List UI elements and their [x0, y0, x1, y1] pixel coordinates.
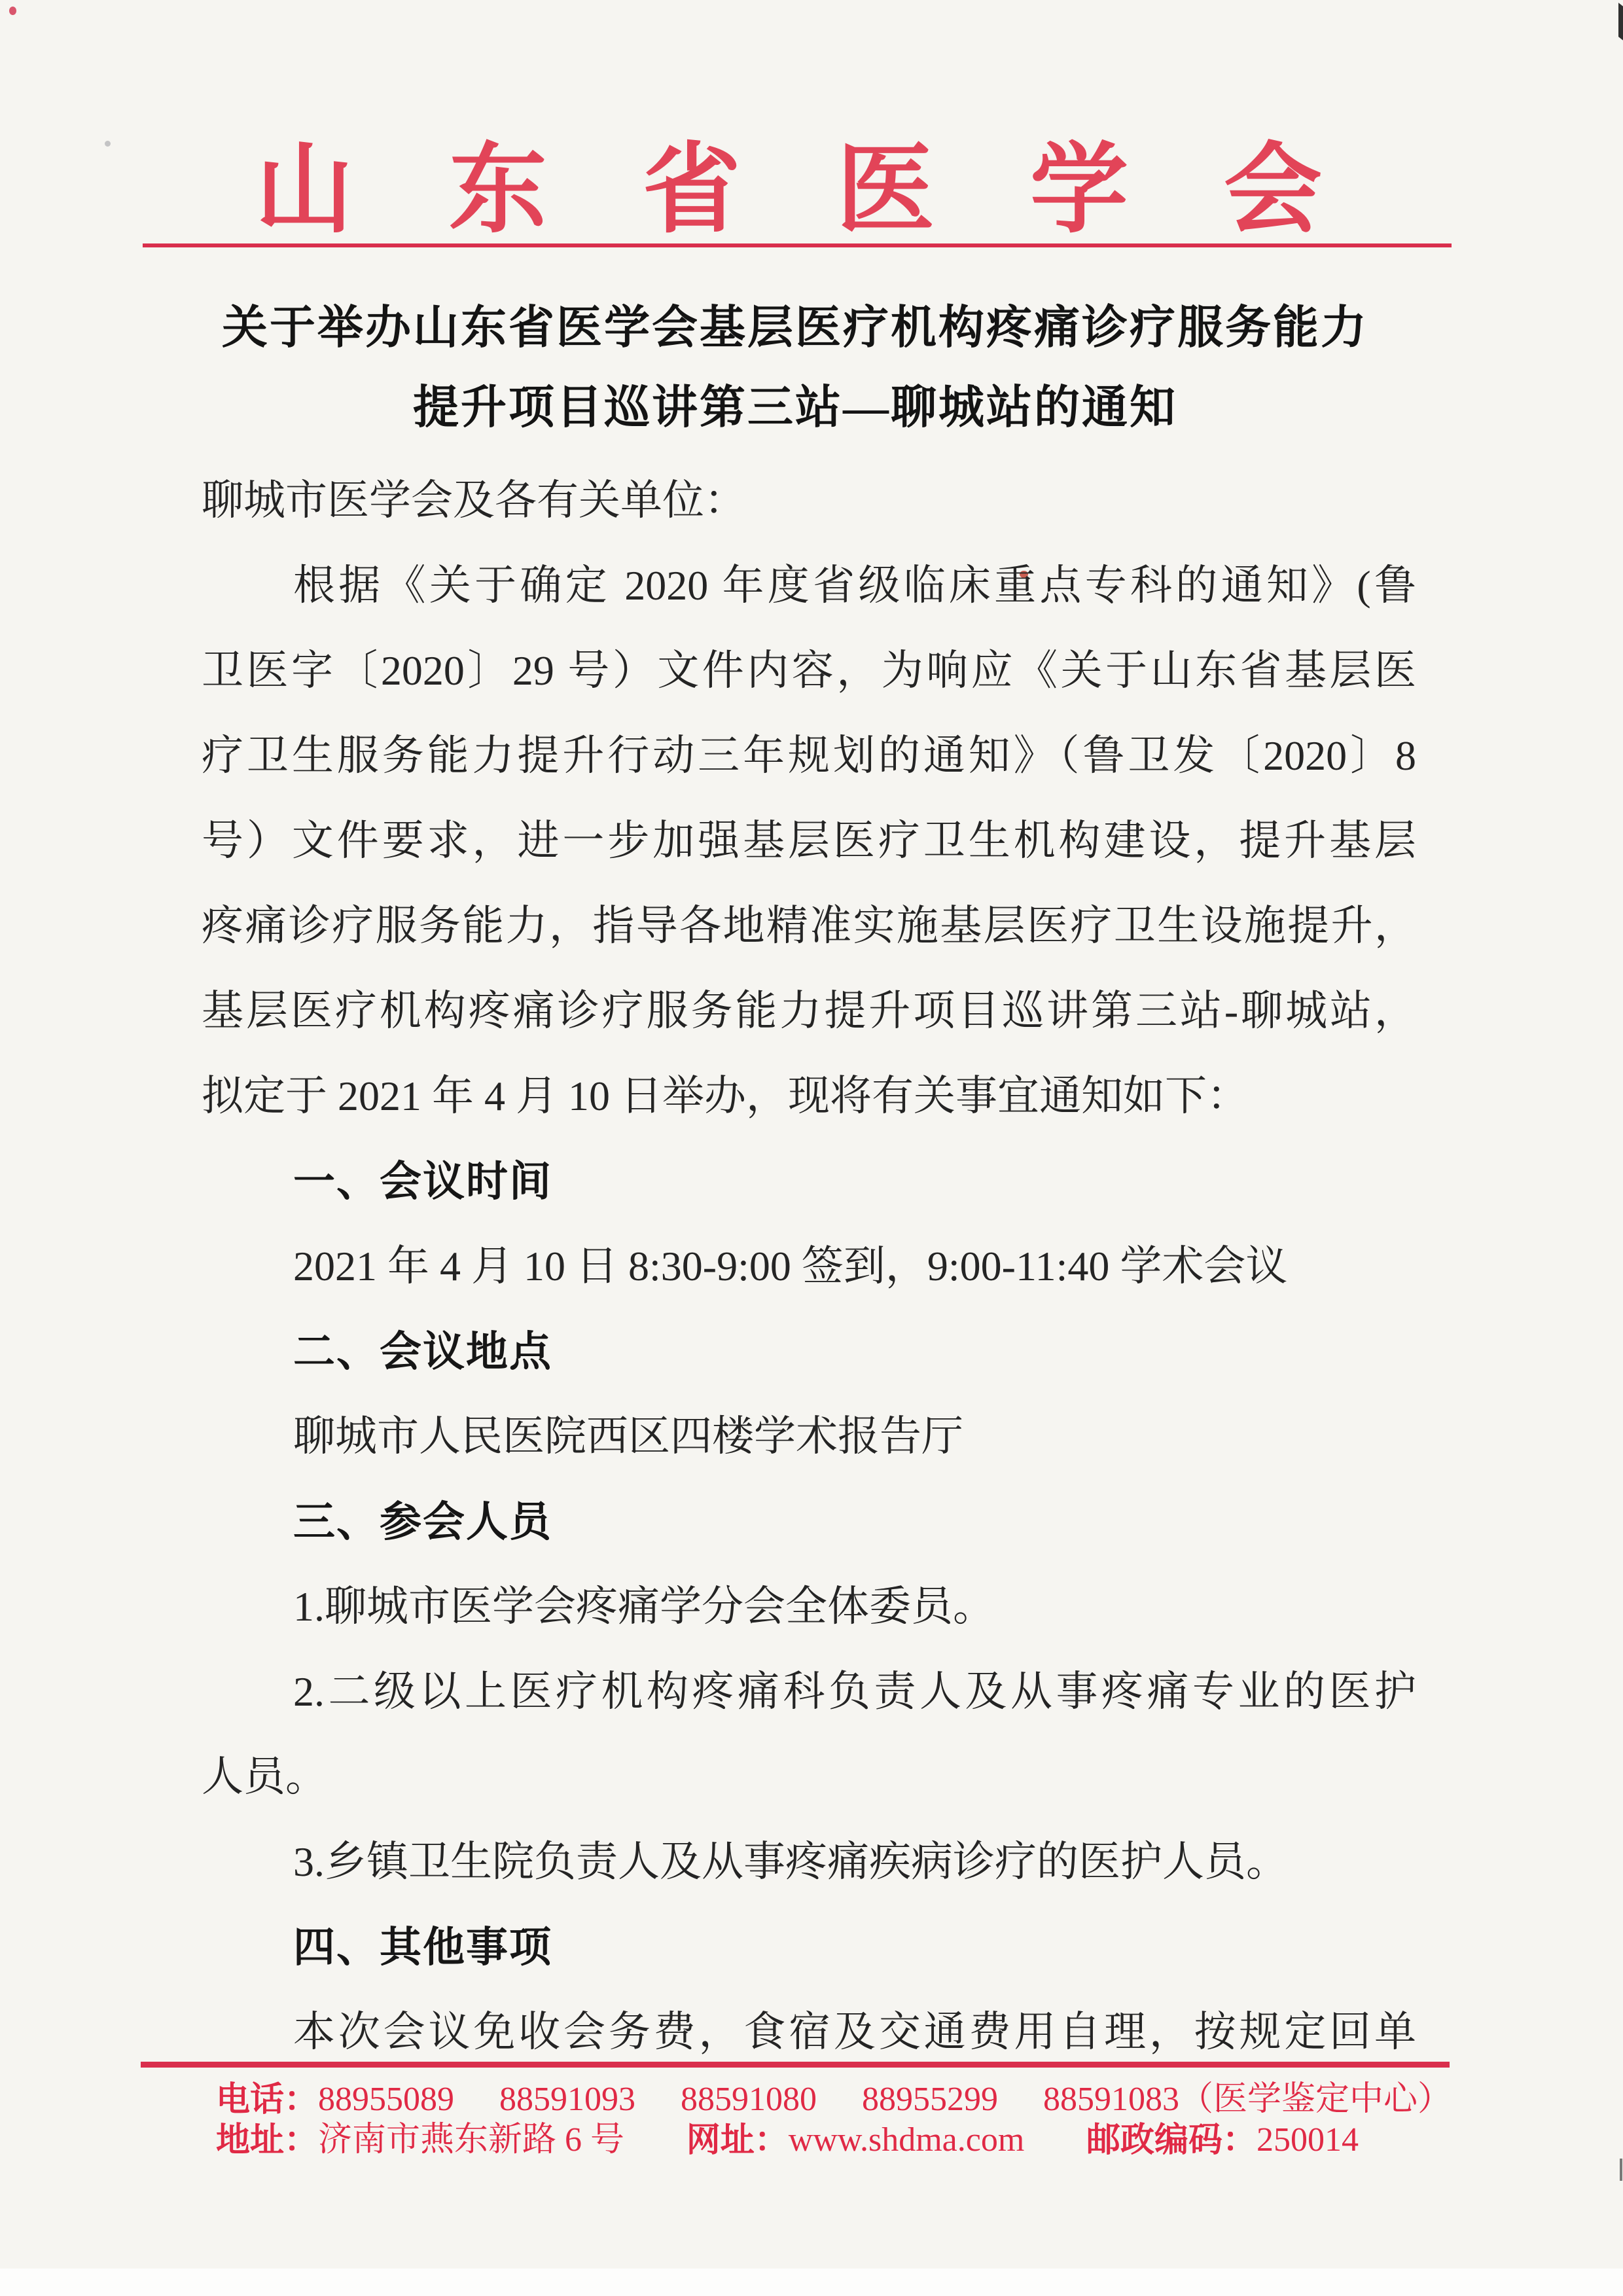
footer-rule: [141, 2062, 1450, 2068]
footer-info-row: 地址： 济南市燕东新路 6 号 网址： www.shdma.com 邮政编码： …: [216, 2121, 1359, 2160]
document-title: 关于举办山东省医学会基层医疗机构疼痛诊疗服务能力 提升项目巡讲第三站—聊城站的通…: [141, 289, 1450, 448]
body-line: 拟定于 2021 年 4 月 10 日举办，现将有关事宜通知如下：: [202, 1054, 1416, 1139]
body-line: 2021 年 4 月 10 日 8:30-9:00 签到，9:00-11:40 …: [202, 1224, 1416, 1309]
body-line: 1.聊城市医学会疼痛学分会全体委员。: [202, 1564, 1416, 1649]
masthead-char: 山: [255, 139, 353, 242]
section-heading: 四、其他事项: [202, 1905, 1416, 1990]
masthead-char: 省: [643, 139, 741, 242]
body-line: 疼痛诊疗服务能力，指导各地精准实施基层医疗卫生设施提升，: [202, 884, 1416, 969]
footer-postcode: 250014: [1257, 2121, 1359, 2160]
section-heading: 三、参会人员: [202, 1479, 1416, 1564]
footer-phone-label: 电话：: [216, 2080, 318, 2119]
footer-phone-number: 88955089: [318, 2080, 454, 2119]
document-title-line-1: 关于举办山东省医学会基层医疗机构疼痛诊疗服务能力: [141, 289, 1450, 368]
body-line: 人员。: [202, 1734, 1416, 1820]
document-title-line-2: 提升项目巡讲第三站—聊城站的通知: [141, 368, 1450, 448]
body-line: 3.乡镇卫生院负责人及从事疼痛疾病诊疗的医护人员。: [202, 1820, 1416, 1905]
section-heading: 二、会议地点: [202, 1309, 1416, 1394]
body-line: 基层医疗机构疼痛诊疗服务能力提升项目巡讲第三站-聊城站，: [202, 969, 1416, 1054]
body-line: 聊城市人民医院西区四楼学术报告厅: [202, 1394, 1416, 1479]
scan-speck-red: [9, 7, 16, 15]
body-line: 2.二级以上医疗机构疼痛科负责人及从事疼痛专业的医护: [202, 1649, 1416, 1734]
footer-address-label: 地址：: [216, 2121, 318, 2160]
footer-phone-number: 88591093: [499, 2080, 635, 2119]
footer-phone-number: 88955299: [862, 2080, 998, 2119]
masthead-char: 东: [449, 139, 547, 242]
body-line: 根据《关于确定 2020 年度省级临床重点专科的通知》(鲁: [202, 543, 1416, 628]
masthead-char: 医: [836, 139, 935, 242]
footer-website: www.shdma.com: [789, 2121, 1025, 2160]
footer-phone-row: 电话： 88955089 88591093 88591080 88955299 …: [216, 2080, 1452, 2119]
footer-phone-number: 88591083（医学鉴定中心）: [1043, 2080, 1452, 2119]
body-line: 疗卫生服务能力提升行动三年规划的通知》（鲁卫发〔2020〕8: [202, 713, 1416, 798]
footer-address: 济南市燕东新路 6 号: [318, 2121, 624, 2160]
footer-website-label: 网址：: [687, 2121, 789, 2160]
salutation-line: 聊城市医学会及各有关单位：: [202, 458, 1416, 543]
scan-bottom-strip: [0, 2269, 1623, 2296]
scan-speck-gray: [105, 141, 111, 147]
scan-corner-sliver: [1618, 3, 1623, 42]
document-body: 聊城市医学会及各有关单位： 根据《关于确定 2020 年度省级临床重点专科的通知…: [202, 458, 1416, 2075]
masthead-char: 学: [1030, 139, 1128, 242]
scan-edge-mark: [1620, 2159, 1622, 2181]
masthead-rule: [143, 243, 1452, 247]
org-masthead: 山 东 省 医 学 会: [255, 139, 1322, 243]
masthead-char: 会: [1224, 139, 1322, 242]
scanned-document-page: 山 东 省 医 学 会 关于举办山东省医学会基层医疗机构疼痛诊疗服务能力 提升项…: [0, 0, 1623, 2296]
body-line: 号）文件要求，进一步加强基层医疗卫生机构建设，提升基层: [202, 798, 1416, 884]
body-line: 卫医字〔2020〕29 号）文件内容，为响应《关于山东省基层医: [202, 628, 1416, 713]
section-heading: 一、会议时间: [202, 1139, 1416, 1224]
footer-postcode-label: 邮政编码：: [1086, 2121, 1257, 2160]
footer-phone-number: 88591080: [681, 2080, 817, 2119]
